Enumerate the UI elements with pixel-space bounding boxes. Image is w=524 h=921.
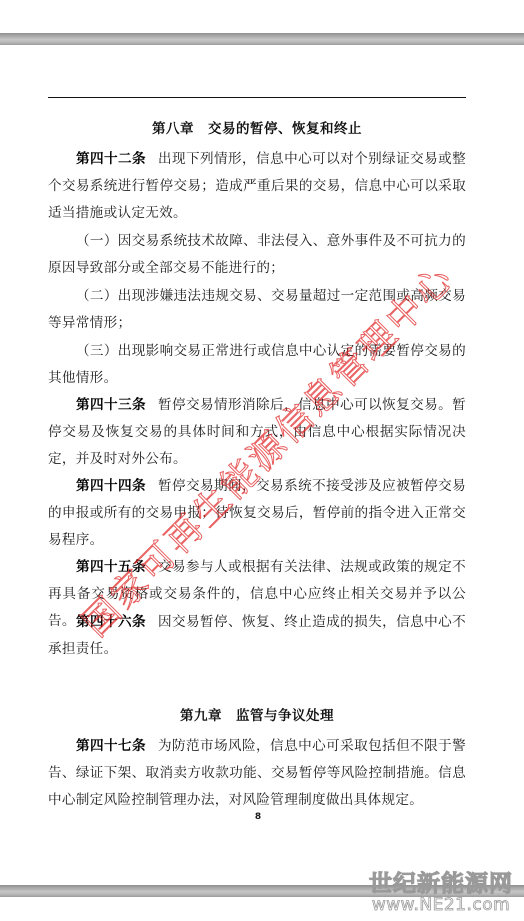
article-42-item-3: （三）出现影响交易正常进行或信息中心认定的需要暂停交易的其他情形。	[48, 338, 466, 392]
site-logo-url: www.NE21.com	[366, 896, 516, 915]
article-47: 第四十七条为防范市场风险，信息中心可采取包括但不限于警告、绿证下架、取消卖方收款…	[48, 733, 466, 814]
article-number: 第四十六条	[76, 614, 146, 630]
article-number: 第四十七条	[76, 738, 146, 754]
header-rule	[48, 97, 466, 98]
article-42: 第四十二条出现下列情形，信息中心可以对个别绿证交易或整个交易系统进行暂停交易；造…	[48, 146, 466, 227]
article-44: 第四十四条暂停交易期间，交易系统不接受涉及应被暂停交易的申报或所有的交易申报；待…	[48, 473, 466, 554]
site-logo-watermark[interactable]: 世纪新能源网 www.NE21.com	[366, 872, 516, 915]
page-number: 8	[252, 812, 264, 822]
chapter-9-title: 第九章 监管与争议处理	[48, 704, 466, 724]
article-number: 第四十四条	[76, 478, 146, 494]
article-42-item-2: （二）出现涉嫌违法违规交易、交易量超过一定范围或高频交易等异常情形；	[48, 283, 466, 337]
item-text: （一）因交易系统技术故障、非法侵入、意外事件及不可抗力的原因导致部分或全部交易不…	[48, 233, 466, 276]
item-text: （二）出现涉嫌违法违规交易、交易量超过一定范围或高频交易等异常情形；	[48, 288, 466, 331]
article-43: 第四十三条暂停交易情形消除后，信息中心可以恢复交易。暂停交易及恢复交易的具体时间…	[48, 392, 466, 473]
chapter-8-title: 第八章 交易的暂停、恢复和终止	[48, 117, 466, 137]
article-42-item-1: （一）因交易系统技术故障、非法侵入、意外事件及不可抗力的原因导致部分或全部交易不…	[48, 228, 466, 282]
site-logo-name: 世纪新能源网	[366, 872, 516, 896]
article-46: 第四十六条因交易暂停、恢复、终止造成的损失，信息中心不承担责任。	[48, 609, 466, 663]
item-text: （三）出现影响交易正常进行或信息中心认定的需要暂停交易的其他情形。	[48, 343, 466, 386]
article-number: 第四十五条	[76, 559, 146, 575]
top-page-separator-bar	[0, 33, 524, 45]
article-number: 第四十三条	[76, 397, 146, 413]
article-number: 第四十二条	[76, 151, 146, 167]
